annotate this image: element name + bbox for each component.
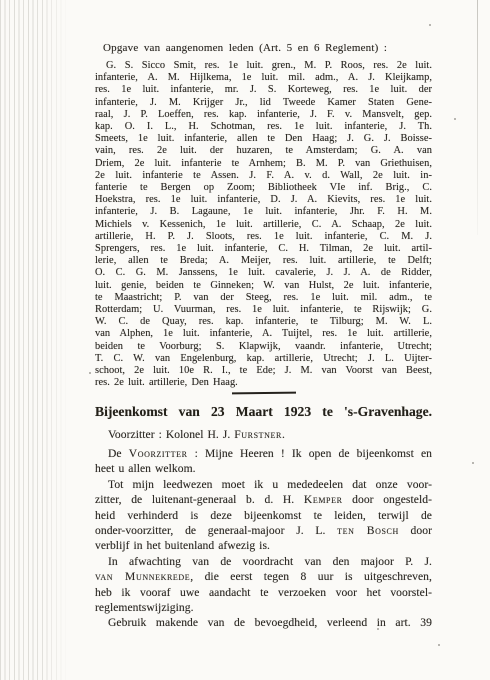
text-line: res. 1e luit. infanterie, mr. J. S. Kort… [95,84,432,96]
text-line: zitter, de luitenant-generaal b. d. H. K… [95,492,432,507]
text-segment: . [282,428,285,441]
text-segment: heb ik vooraf uwe aandacht te verzoeken … [95,586,432,599]
smallcaps-name: van Munnekrede [95,570,190,583]
text-line: lerie, allen te Breda; A. Meijer, res. l… [95,255,432,267]
text-line: verblijf in het buitenland afwezig is. [95,538,432,553]
text-segment: heet u allen welkom. [95,462,196,475]
smallcaps-name: Voorzitter [129,447,188,460]
text-line: Voorzitter : Kolonel H. J. Furstner. [95,427,432,442]
text-line: heid verhinderd is deze bijeenkomst te l… [95,508,432,523]
scan-speck [89,372,91,374]
smallcaps-name: Kemper [304,493,343,506]
text-segment: : Mijne Heeren ! Ik open de bijeenkomst … [188,447,432,460]
smallcaps-name: ten Bosch [337,524,399,537]
text-line: artillerie, H. P. J. Sloots, res. 1e lui… [95,231,432,243]
text-segment: Gebruik makende van de bevoegdheid, verl… [108,616,432,629]
text-segment: heid verhinderd is deze bijeenkomst te l… [95,509,432,522]
text-segment: verblijf in het buitenland afwezig is. [95,539,270,552]
text-line: te Maastricht; P. van der Steeg, res. 1e… [95,292,432,304]
text-line: onder-voorzitter, de generaal-majoor J. … [95,523,432,538]
member-list-heading: Opgave van aangenomen leden (Art. 5 en 6… [95,41,432,55]
text-line: W. C. de Quay, res. kap. infanterie, te … [95,316,432,328]
scan-speck [438,644,440,646]
text-line: infanterie, J. B. Lagaune, 1e luit. infa… [95,206,432,218]
text-line: raal, J. P. Loeffen, res. kap. infanteri… [95,109,432,121]
text-line: vain, res. 2e luit. der huzaren, te Amst… [95,145,432,157]
section-divider [231,392,295,395]
text-segment: De [108,447,129,460]
scan-speck [472,462,474,464]
scanned-document-page: Opgave van aangenomen leden (Art. 5 en 6… [0,0,490,680]
text-segment: door ongesteld- [343,493,432,506]
text-line: G. S. Sicco Smit, res. 1e luit. gren., M… [95,60,432,72]
text-segment: , die eerst tegen 8 uur is uitgeschreven… [190,570,432,583]
text-line: schoot, 2e luit. 10e R. I., te Ede; J. M… [95,365,432,377]
meeting-heading: Bijeenkomst van 23 Maart 1923 te 's-Grav… [95,403,432,420]
text-segment: door [399,524,432,537]
text-line: beiden te Voorburg; S. Klapwijk, vaandr.… [95,341,432,353]
text-line: 2e luit. infanterie te Assen. J. F. A. v… [95,170,432,182]
text-line: van Munnekrede, die eerst tegen 8 uur is… [95,569,432,584]
text-line: infanterie, J. M. Krijger Jr., lid Tweed… [95,97,432,109]
text-line: Smeets, 1e luit. infanterie, allen te De… [95,133,432,145]
text-line: Driem, 2e luit. infanterie te Arnhem; B.… [95,158,432,170]
text-line: Rotterdam; U. Vuurman, res. 1e luit. inf… [95,304,432,316]
text-line: Gebruik makende van de bevoegdheid, verl… [95,615,432,630]
text-line: Sprengers, res. 1e luit. infanterie, C. … [95,243,432,255]
text-segment: Tot mijn leedwezen moet ik u mededeelen … [108,478,432,491]
scan-speck [454,118,456,120]
text-segment: Voorzitter : Kolonel H. J. [108,428,234,441]
text-line: heet u allen welkom. [95,461,432,476]
text-segment: In afwachting van de voordracht van den … [108,555,432,568]
text-line: reglementswijziging. [95,600,432,615]
right-edge-scan-line [477,0,478,235]
text-line: Michiels v. Kessenich, 1e luit. artiller… [95,219,432,231]
text-line: kap. O. I. L., H. Schotman, res. 1e luit… [95,121,432,133]
smallcaps-name: Furstner [234,428,282,441]
text-line: Tot mijn leedwezen moet ik u mededeelen … [95,477,432,492]
left-edge-scan-texture [0,0,72,680]
member-list-paragraph: G. S. Sicco Smit, res. 1e luit. gren., M… [95,60,432,389]
text-line: luit. genie, beiden te Ginneken; W. van … [95,280,432,292]
text-line: res. 2e luit. artillerie, Den Haag. [95,377,432,389]
text-line: In afwachting van de voordracht van den … [95,554,432,569]
text-line: infanterie, A. M. Hijlkema, 1e luit. mil… [95,72,432,84]
text-column: Opgave van aangenomen leden (Art. 5 en 6… [95,41,432,631]
meeting-minutes: Voorzitter : Kolonel H. J. Furstner. De … [95,427,432,630]
text-line: T. C. W. van Engelenburg, kap. artilleri… [95,353,432,365]
text-line: van Alphen, 1e luit. infanterie, A. Tuij… [95,328,432,340]
text-line: Hoekstra, res. 1e luit. infanterie, D. J… [95,194,432,206]
text-line: fanterie te Bergen op Zoom; Bibliotheek … [95,182,432,194]
text-line: heb ik vooraf uwe aandacht te verzoeken … [95,585,432,600]
text-segment: zitter, de luitenant-generaal b. d. H. [95,493,304,506]
text-line: De Voorzitter : Mijne Heeren ! Ik open d… [95,446,432,461]
scan-speck [429,24,431,26]
text-segment: reglementswijziging. [95,601,194,614]
text-line: O. C. G. M. Janssens, 1e luit. cavalerie… [95,267,432,279]
text-segment: onder-voorzitter, de generaal-majoor J. … [95,524,337,537]
